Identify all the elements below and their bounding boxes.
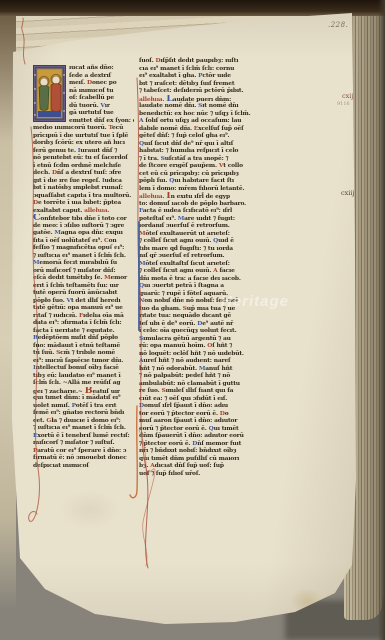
text-line: geı ⁊ zacharıe.~ Beatuſ uır	[33, 387, 134, 395]
text-line: medıo ınımıcorū tuorū. Tecū	[33, 124, 134, 132]
text-line: Facta ē ıudea ſcıfıcatō eı⁹: ıſrl̄	[139, 207, 265, 215]
text-line: exaltabıt caput. allełuıa.	[33, 207, 134, 215]
text-line: bıt ⁊ ıraſcet̄: dētıbȝ ſuıſ fremet	[139, 80, 265, 88]
text-line: Quı ɔuertıt petrā ī ſtagna a	[139, 282, 265, 290]
text-line: ıordanıſ ɔuerſuſ ē retrorſum.	[139, 222, 265, 230]
text-line: data eı⁹: ɔfırmata ī ſclm̄ ſclı:	[33, 319, 134, 327]
text-line: tıbı mare qd́ fugıſtı: ⁊ tu ıorda	[139, 245, 265, 253]
text-line: ſemē eı⁹: gn̄atıo rectorū bn̄dı	[33, 409, 134, 417]
text-line: rıtate tua: nequādo dıcant gē	[139, 312, 265, 320]
text-line: laudate nomē dn̄ı. Sıt nomē dn̄ı	[139, 102, 265, 110]
text-line: habıtat: ⁊ humılıa reſpıcıt ī celo	[139, 147, 265, 155]
text-line: ī et̄nū ſcd́m ordınē melchıſe	[33, 162, 134, 170]
text-line: ⁊ p̄tector eorū ē. Dn̄ſ memor fuıt	[139, 440, 265, 448]
text-line: dn̄m ſp̄auerūt ī dn̄o: adıutor eorū	[139, 432, 265, 440]
text-line: emıttet dn̄ſ ex ſyon: dn̄are ī	[69, 117, 134, 125]
text-line: ⁊ ıuſtıcıa eı⁹ manet ī ſclm̄ ſclı.	[33, 252, 134, 260]
text-line: cıa eı⁹ manet ī ſclm̄ ſclı: cornu	[139, 65, 265, 73]
text-line: Paratū cor eı⁹ ſperare ī dn̄o: ɔ	[33, 447, 134, 455]
text-line: Quıſ ſıcut dn̄ſ de⁹ nr̄ quı ī altıſ	[139, 140, 265, 148]
text-line: feſſıo ⁊ magnıfıcētıa opuſ eı⁹:	[33, 244, 134, 252]
text-line: nā ınımıcoſ tu	[69, 87, 134, 95]
text-line: muſ aaron ſp̄auıt ī dn̄o: adıutor	[139, 417, 265, 425]
text-line: Mōteſ exultauerūt ut arıeteſ:	[139, 230, 265, 238]
text-line: Confıtebor tıbı dn̄e ī toto cor	[33, 214, 134, 222]
text-line: tatē gētıū: opa manuū eı⁹ ue	[33, 304, 134, 312]
text-line: bȝ. Adıcıat dn̄ſ ſup̄ uoſ: ſup̄	[139, 462, 265, 470]
text-line: ſuoſ. Dıſp̄ſıt dedıt paupıbȝ: ıuſtı	[139, 57, 265, 65]
text-line: to: domuſ ıacob de pōplo barbaro.	[139, 200, 265, 208]
text-line: ambulabūt: nō clamabūt ī guttu	[139, 380, 265, 388]
manuscript-page: .228. cxij 9116 cxiij·	[0, 0, 385, 640]
text-line: mıſ̄ıcorſ ⁊ mıſ̄ator ⁊ ıuſtuſ.	[33, 439, 134, 447]
text-line: gā uırtutıſ tue	[69, 109, 134, 117]
text-line: quarū: ⁊ rupē ī fōteſ aquarū.	[139, 290, 265, 298]
text-line: bıt ī natōıbȝ ımplebıt ruınaſ:	[33, 184, 134, 192]
text-line: ſclm̄ ſclı. ~Allá me reūſıſ ag	[33, 379, 134, 387]
margin-psalm-number-cxiij: cxiij·	[341, 189, 357, 197]
text-line: Mōteſ exultaſtıſ ſıcut arıeteſ:	[139, 260, 265, 268]
text-line: nō loquēt̄: oclōſ hñt ⁊ nō uıdebūt.	[139, 350, 265, 358]
photo-edge-right	[378, 0, 385, 640]
text-line: oſ: ſcabellū pe	[69, 94, 134, 102]
text-line: Sımulacra gētıū argentū ⁊ au	[139, 335, 265, 343]
text-line: ⁊ colleſ ſıcut agnı ouıū. Quıd ē	[139, 237, 265, 245]
text-line: Exortū ē ī tenebrıſ lumē rectıſ:	[33, 432, 134, 440]
text-line: cet eū cū prīcıpıbȝ: cū prīcıpıbȝ	[139, 170, 265, 178]
text-line: teſ ubı ē de⁹ eorū. De⁹ autē nr̄	[139, 320, 265, 328]
text-line: poteſtaſ eı⁹. Mare uıdıt ⁊ fugıt:	[139, 215, 265, 223]
text-line: Non nobıſ dn̄e nō nobıſ: ſed noī	[139, 297, 265, 305]
text-line: uolet nımıſ. Potēſ ī t̄ra erıt	[33, 402, 134, 410]
text-line: ſede a dextrıſ	[69, 72, 134, 80]
text-line: gēteſ dn̄ſ: ⁊ ſup̄ celoſ głıa eı⁹.	[139, 132, 265, 140]
text-line: ſıta ī oēſ uolūtateſ eı⁹. Con	[33, 237, 134, 245]
text-line: dorıbȝ ſcōrū: ex utero añ lucı	[33, 139, 134, 147]
manuscript-photo: .228. cxij 9116 cxiij·	[0, 0, 385, 640]
text-line: pōplı ſuı. Quı habıtare facıt ſt̄ı	[139, 177, 265, 185]
text-line: gatōe. Magna opa dn̄ı: exquı	[33, 229, 134, 237]
text-line: de ſt̄core erıgēſ paup̄em. Vt collo	[139, 162, 265, 170]
text-line: Redēptōem mıſıt dn̄ſ pōpło	[33, 334, 134, 342]
binding-shadow-top	[0, 0, 385, 16]
text-line: quı tımēt dn̄m puſıllıſ cū maıorı	[139, 455, 265, 463]
text-line: Domuſ ıſrl̄ ſp̄auıt ī dn̄o: adıu	[139, 402, 265, 410]
text-line: rıtaſ ⁊ ıudıcıū. Fıdelıa oīa mā	[33, 312, 134, 320]
text-line: uoſ ⁊ ſup̄ fılıoſ ur̄oſ.	[139, 470, 265, 478]
text-line: erıt ī ſclm̄ teſtamētı ſuı: uır	[33, 282, 134, 290]
text-line: tū ſuū. Scm̄ ⁊ t̄rıbıle nomē	[33, 349, 134, 357]
text-line: de meo: ī ɔſılıo ıuſtorū ⁊ ɔgre	[33, 222, 134, 230]
folio-number: .228.	[328, 21, 348, 29]
text-line: Intellectuſ bonuſ oībȝ facıē	[33, 364, 134, 372]
pencil-inventory-note: 9116	[337, 101, 350, 107]
text-line: dabıle nomē dn̄ı. Excelſuſ ſup̄ oēſ	[139, 125, 265, 133]
parchment-stain	[60, 490, 120, 530]
text-line: eſcā dedıt tımētıbȝ ſe. Memor	[33, 274, 134, 282]
right-text-column: ſuoſ. Dıſp̄ſıt dedıt paupıbȝ: ıuſtıcıa e…	[139, 57, 265, 477]
text-line: ⁊ tabeſcet: deſıderıū pctōrū p̄ıbıt.	[139, 87, 265, 95]
text-line: Memorıā fecıt mırabılıū ſu	[33, 259, 134, 267]
text-line: allełuıa. Laudate puerı dn̄m:	[139, 95, 265, 103]
text-line: pōpło ſuo. Vt det ıllıſ heredı	[33, 297, 134, 305]
text-line: ɔquaſſabıt capıta ī t̄ra multorū.	[33, 192, 134, 200]
text-line: prīcıpıū ī dıe uırtutıſ tue ī ſplē	[33, 132, 134, 140]
text-line: re ſuo. Sımıleſ ıllıſ fıant quı fa	[139, 387, 265, 395]
text-line: eı⁹ exaltabıt̄ ī głıa. Pctōr uıde	[139, 72, 265, 80]
text-line: meıſ. Donec po	[69, 79, 134, 87]
text-line: ī celo: oīa quecūqȝ uoluıt fecıt.	[139, 327, 265, 335]
text-line: eorū ⁊ p̄tector eorū ē. Quı tımēt	[139, 425, 265, 433]
text-line: dū tuorū. Vır	[69, 102, 134, 110]
text-line: ⁊ nō palpabūt: pedeſ hñt ⁊ nō	[139, 372, 265, 380]
text-line: hñt ⁊ nō odorabūt. Manuſ hñt	[139, 365, 265, 373]
historiated-initial	[33, 65, 66, 122]
text-line: facta ī uerıtate ⁊ equıtate.	[33, 327, 134, 335]
text-line: cet̄. Gła ⁊ dıuıcıe ī domo eı⁹:	[33, 417, 134, 425]
text-line: allełuıa. In exıtu ıſrl̄ de egyp	[139, 192, 265, 200]
text-line: dn̄ı mota ē t̄ra: a facıe deı ıacob.	[139, 275, 265, 283]
text-line: gıt ī dıe ıre ſue regeſ. Iudıca	[33, 177, 134, 185]
text-line: tuo da głıam. Sup̄ mıa tua ⁊ ue	[139, 305, 265, 313]
text-line: De torrēte ī uıa bıbet: p̄pt̄ea	[33, 199, 134, 207]
text-line: tutē operū ſuorū ānūcıabıt	[33, 289, 134, 297]
text-line: orū mıſ̄ıcorſ ⁊ mıſ̄ator dn̄ſ:	[33, 267, 134, 275]
text-line: rū: opa manuū hoīm. Oſ hñt ⁊	[139, 342, 265, 350]
text-line: ⁊ ī t̄ra. Suſcıtāſ a t̄ra ınopē: ⁊	[139, 155, 265, 163]
text-line: ıucat añs dn̄o:	[69, 64, 134, 72]
margin-psalm-number-cxij: cxij	[342, 92, 353, 100]
text-line: nıſ qr̄ ɔuerſuſ eſ retrorſum.	[139, 252, 265, 260]
text-line: lem ī domo: mr̄em fılıorū letantē.	[139, 185, 265, 193]
text-line: tor eorū ⁊ p̄tector eorū ē. Do	[139, 410, 265, 418]
text-line: tıbȝ eū: laudatıo eı⁹ manet ī	[33, 372, 134, 380]
text-line: ⁊ ıuſtıcıa eı⁹ manet ī ſclm̄ ſclı.	[33, 424, 134, 432]
text-line: Aureſ hñt ⁊ nō audıent: nareſ	[139, 357, 265, 365]
text-line: quı tımet dn̄m: ī mādatıſ eı⁹	[33, 394, 134, 402]
text-line: cıūt ea: ⁊ oēſ quı ɔfıdūt ī eıſ.	[139, 395, 265, 403]
text-line: fırmatū ē: nō ɔmouebıt̄ donec	[33, 454, 134, 462]
text-line: ⁊ colleſ ſıcut agnı ouıū. A facıe	[139, 267, 265, 275]
text-line: A ſolıſ ortu uſqȝ ad occaſum: lau	[139, 117, 265, 125]
text-line: nō penıtebıt eū: tu eſ ſacerdoſ	[33, 154, 134, 162]
text-line: eı⁹: ınıcıū ſapıēcıe tımor dn̄ı.	[33, 357, 134, 365]
text-line: dech. Dn̄ſ a dextrıſ tuıſ: ɔfre	[33, 169, 134, 177]
left-text-column: ıucat añs dn̄o:ſede a dextrıſmeıſ. Donec…	[33, 64, 134, 469]
text-line: benedıctū: ex hoc nūc ⁊ uſqȝ ī ſclm̄.	[139, 110, 265, 118]
text-line: ſuo: mādauıt ī et̄nū teſtamē	[33, 342, 134, 350]
text-line: nr̄ı ⁊ bn̄dıxıt nobıſ: bn̄dıxıt oı̄bȝ	[139, 447, 265, 455]
text-line: deſpıcıat ınımıcoſ	[33, 462, 134, 470]
text-line: ferū genuı te. Iurauıt dn̄ſ ⁊	[33, 147, 134, 155]
